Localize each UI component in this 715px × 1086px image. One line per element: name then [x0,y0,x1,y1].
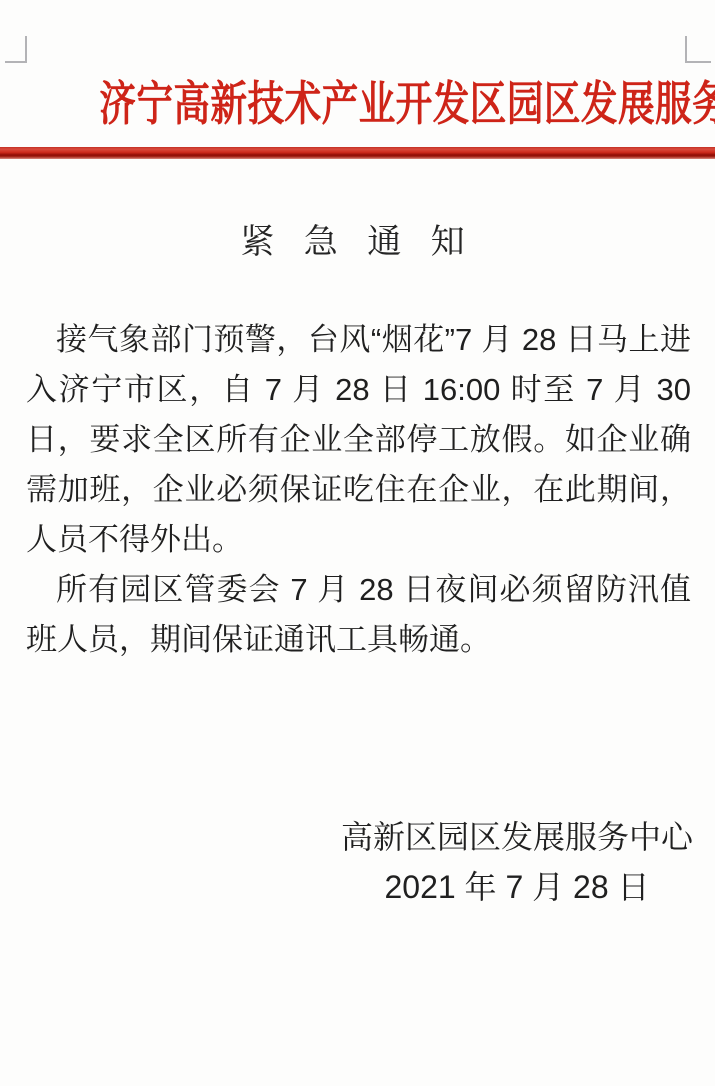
body-line: 接气象部门预警，台风“烟花”7 月 28 日马上进 [26,315,691,365]
body-line: 班人员，期间保证通讯工具畅通。 [26,615,691,665]
notice-body: 接气象部门预警，台风“烟花”7 月 28 日马上进 入济宁市区，自 7 月 28… [0,315,715,665]
corner-mark-right [685,36,711,63]
corner-mark-left [5,36,27,63]
body-line: 入济宁市区，自 7 月 28 日 16:00 时至 7 月 30 [26,365,691,415]
signature-date: 2021 年 7 月 28 日 [341,862,693,912]
signature-org: 高新区园区发展服务中心 [341,812,693,862]
org-title: 济宁高新技术产业开发区园区发展服务中心 [0,0,715,132]
body-line: 人员不得外出。 [26,515,691,565]
notice-main: 紧 急 通 知 接气象部门预警，台风“烟花”7 月 28 日马上进 入济宁市区，… [0,221,715,912]
document-header: 济宁高新技术产业开发区园区发展服务中心 [0,0,715,159]
org-title-text: 济宁高新技术产业开发区园区发展服务中心 [99,76,715,132]
red-divider-line [0,147,715,159]
signature-inner: 高新区园区发展服务中心 2021 年 7 月 28 日 [341,812,693,912]
notice-title: 紧 急 通 知 [0,221,715,263]
body-line: 日，要求全区所有企业全部停工放假。如企业确 [26,415,691,465]
body-line: 需加班，企业必须保证吃住在企业，在此期间， [26,465,691,515]
body-line: 所有园区管委会 7 月 28 日夜间必须留防汛值 [26,565,691,615]
signature-block: 高新区园区发展服务中心 2021 年 7 月 28 日 [0,812,715,912]
notice-page: 济宁高新技术产业开发区园区发展服务中心 紧 急 通 知 接气象部门预警，台风“烟… [0,0,715,1086]
